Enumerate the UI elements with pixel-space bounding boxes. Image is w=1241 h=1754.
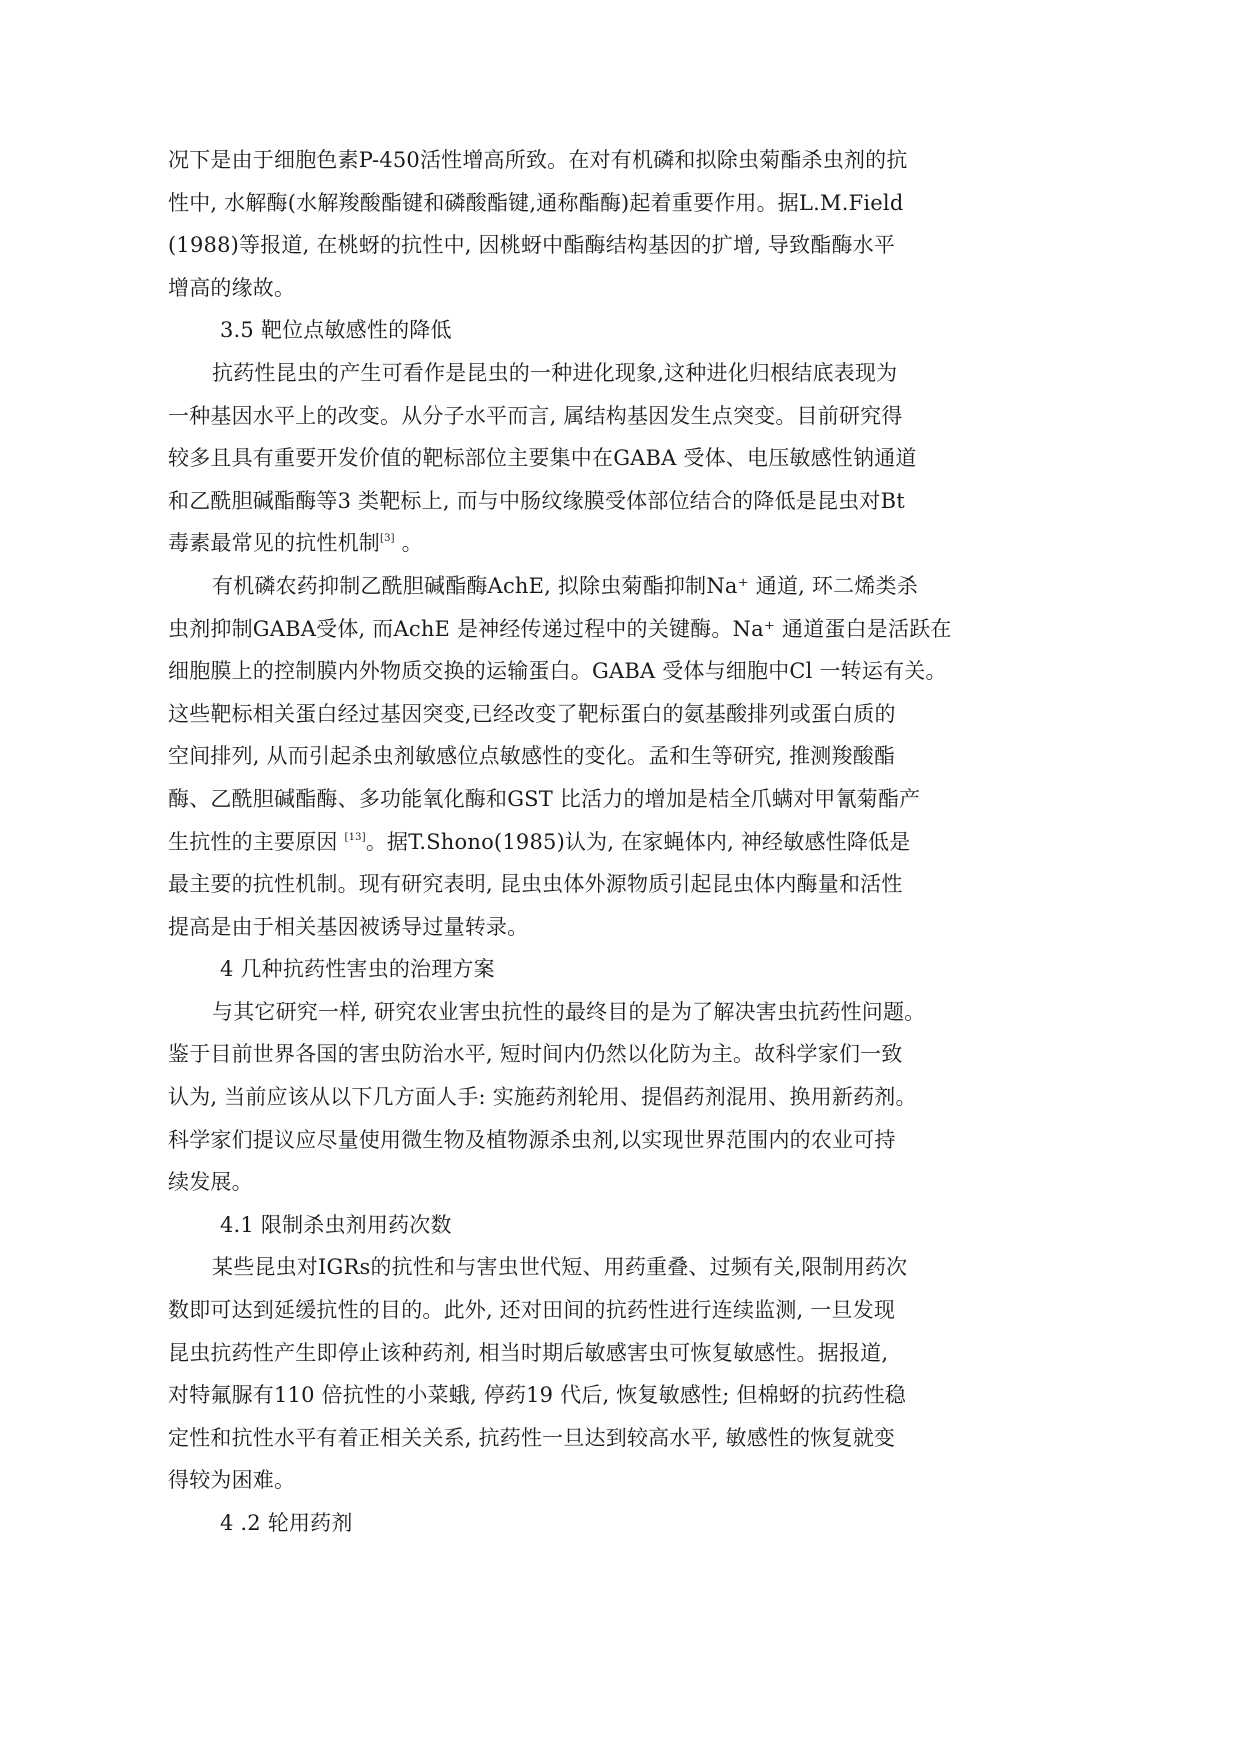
paragraph-start-line: 抗药性昆虫的产生可看作是昆虫的一种进化现象,这种进化归根结底表现为: [168, 352, 988, 395]
body-line: 增高的缘故。: [168, 267, 988, 310]
body-line: 和乙酰胆碱酯酶等3 类靶标上, 而与中肠纹缘膜受体部位结合的降低是昆虫对Bt: [168, 480, 988, 523]
line-text: 生抗性的主要原因: [168, 830, 344, 854]
body-line: 况下是由于细胞色素P-450活性增高所致。在对有机磷和拟除虫菊酯杀虫剂的抗: [168, 139, 988, 182]
body-line: 鉴于目前世界各国的害虫防治水平, 短时间内仍然以化防为主。故科学家们一致: [168, 1033, 988, 1076]
body-line: (1988)等报道, 在桃蚜的抗性中, 因桃蚜中酯酶结构基因的扩增, 导致酯酶水…: [168, 224, 988, 267]
body-line: 较多且具有重要开发价值的靶标部位主要集中在GABA 受体、电压敏感性钠通道: [168, 437, 988, 480]
body-line-with-citation: 生抗性的主要原因 [13]。据T.Shono(1985)认为, 在家蝇体内, 神…: [168, 821, 988, 864]
section-heading-4-1: 4.1 限制杀虫剂用药次数: [168, 1204, 988, 1247]
document-page: 况下是由于细胞色素P-450活性增高所致。在对有机磷和拟除虫菊酯杀虫剂的抗 性中…: [0, 0, 1241, 1754]
body-line: 认为, 当前应该从以下几方面人手: 实施药剂轮用、提倡药剂混用、换用新药剂。: [168, 1076, 988, 1119]
body-line: 提高是由于相关基因被诱导过量转录。: [168, 906, 988, 949]
body-line: 一种基因水平上的改变。从分子水平而言, 属结构基因发生点突变。目前研究得: [168, 395, 988, 438]
paragraph-start-line: 有机磷农药抑制乙酰胆碱酯酶AchE, 拟除虫菊酯抑制Na⁺ 通道, 环二烯类杀: [168, 565, 988, 608]
body-line: 得较为困难。: [168, 1459, 988, 1502]
body-line: 数即可达到延缓抗性的目的。此外, 还对田间的抗药性进行连续监测, 一旦发现: [168, 1289, 988, 1332]
body-line: 科学家们提议应尽量使用微生物及植物源杀虫剂,以实现世界范围内的农业可持: [168, 1119, 988, 1162]
paragraph-start-line: 某些昆虫对IGRs的抗性和与害虫世代短、用药重叠、过频有关,限制用药次: [168, 1246, 988, 1289]
body-line: 细胞膜上的控制膜内外物质交换的运输蛋白。GABA 受体与细胞中Cl 一转运有关。: [168, 650, 988, 693]
line-text: 毒素最常见的抗性机制: [168, 531, 380, 555]
body-line: 最主要的抗性机制。现有研究表明, 昆虫虫体外源物质引起昆虫体内酶量和活性: [168, 863, 988, 906]
line-text-after: 。据T.Shono(1985)认为, 在家蝇体内, 神经敏感性降低是: [366, 830, 911, 854]
document-body: 况下是由于细胞色素P-450活性增高所致。在对有机磷和拟除虫菊酯杀虫剂的抗 性中…: [168, 139, 988, 1545]
section-heading-4: 4 几种抗药性害虫的治理方案: [168, 948, 988, 991]
body-line: 续发展。: [168, 1161, 988, 1204]
body-line: 定性和抗性水平有着正相关关系, 抗药性一旦达到较高水平, 敏感性的恢复就变: [168, 1417, 988, 1460]
body-line: 空间排列, 从而引起杀虫剂敏感位点敏感性的变化。孟和生等研究, 推测羧酸酯: [168, 735, 988, 778]
citation-ref[interactable]: [13]: [344, 832, 365, 843]
section-heading-4-2: 4 .2 轮用药剂: [168, 1502, 988, 1545]
body-line: 性中, 水解酶(水解羧酸酯键和磷酸酯键,通称酯酶)起着重要作用。据L.M.Fie…: [168, 182, 988, 225]
body-line: 对特氟脲有110 倍抗性的小菜蛾, 停药19 代后, 恢复敏感性; 但棉蚜的抗药…: [168, 1374, 988, 1417]
line-text-after: 。: [395, 531, 423, 555]
paragraph-start-line: 与其它研究一样, 研究农业害虫抗性的最终目的是为了解决害虫抗药性问题。: [168, 991, 988, 1034]
body-line-with-citation: 毒素最常见的抗性机制[3] 。: [168, 522, 988, 565]
section-heading-3-5: 3.5 靶位点敏感性的降低: [168, 309, 988, 352]
body-line: 这些靶标相关蛋白经过基因突变,已经改变了靶标蛋白的氨基酸排列或蛋白质的: [168, 693, 988, 736]
citation-ref[interactable]: [3]: [380, 533, 395, 544]
body-line: 酶、乙酰胆碱酯酶、多功能氧化酶和GST 比活力的增加是桔全爪螨对甲氰菊酯产: [168, 778, 988, 821]
body-line: 虫剂抑制GABA受体, 而AchE 是神经传递过程中的关键酶。Na⁺ 通道蛋白是…: [168, 608, 988, 651]
body-line: 昆虫抗药性产生即停止该种药剂, 相当时期后敏感害虫可恢复敏感性。据报道,: [168, 1332, 988, 1375]
